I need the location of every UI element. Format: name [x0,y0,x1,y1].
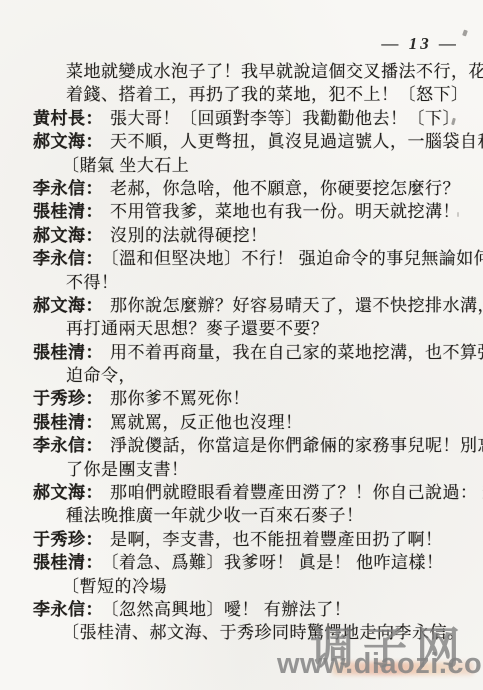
speaker-name: 李永信： [33,600,103,619]
dialogue-text: 再打通兩天思想？麥子還要不要？ [66,319,329,338]
script-line: 李永信：淨說儍話，你當這是你們爺倆的家務事兒呢！別忘 [0,434,483,457]
script-line: 張桂清：用不着再商量，我在自己家的菜地挖溝，也不算强 [0,341,483,364]
speaker-name: 張桂清： [33,343,103,362]
script-line: 郝文海：那咱們就瞪眼看着豐產田澇了？！你自己說過： 新耕 [0,481,483,504]
speaker-name: 于秀珍： [33,389,103,408]
dialogue-text: 着錢、搭着工，再扔了我的菜地，犯不上！〔怒下〕 [66,85,469,104]
dialogue-text: 不得！ [66,273,119,292]
dialogue-text: 〔溫和但堅决地〕不行！ 强迫命令的事兒無論如何辦 [110,249,483,268]
script-line: 郝文海：天不順，人更彆扭，眞沒見過這號人，一腦袋自私！ [0,130,483,153]
script-line: 了你是團支書！ [0,458,483,481]
speaker-name: 郝文海： [33,226,103,245]
script-line: 郝文海：那你說怎麼辦？好容易晴天了，還不快挖排水溝， [0,294,483,317]
stage-direction: 〔暫短的冷場 [0,575,483,598]
scanned-page: — 13 — 菜地就變成水泡子了！我早就說這個交叉播法不行，花 着錢、搭着工，再… [0,0,483,690]
speaker-name: 李永信： [33,436,103,455]
script-text-block: 菜地就變成水泡子了！我早就說這個交叉播法不行，花 着錢、搭着工，再扔了我的菜地，… [0,60,483,645]
script-line: 菜地就變成水泡子了！我早就說這個交叉播法不行，花 [0,60,483,83]
dialogue-text: 那咱們就瞪眼看着豐產田澇了？！你自己說過： 新耕 [110,483,483,502]
script-line: 李永信：〔溫和但堅决地〕不行！ 强迫命令的事兒無論如何辦 [0,247,483,270]
speaker-name: 張桂清： [33,553,103,572]
stage-text: 〔暫短的冷場 [62,577,167,596]
dialogue-text: 菜地就變成水泡子了！我早就說這個交叉播法不行，花 [66,62,483,81]
dialogue-text: 那你爹不罵死你！ [110,389,250,408]
script-line: 着錢、搭着工，再扔了我的菜地，犯不上！〔怒下〕 [0,83,483,106]
script-line: 種法晚推廣一年就少收一百來石麥子！ [0,504,483,527]
speaker-name: 于秀珍： [33,530,103,549]
dialogue-text: 沒別的法就得硬挖！ [110,226,268,245]
dialogue-text: 不用管我爹，菜地也有我一份。明天就挖溝！ [110,202,460,221]
script-line: 于秀珍：是啊，李支書，也不能扭着豐產田扔了啊！ [0,528,483,551]
speaker-name: 張桂清： [33,202,103,221]
page-number: — 13 — [382,34,460,54]
dialogue-text: 淨說儍話，你當這是你們爺倆的家務事兒呢！別忘 [110,436,483,455]
script-line: 李永信：老郝，你急啥，他不願意，你硬要挖怎麼行？ [0,177,483,200]
script-line: 張桂清：〔着急、爲難〕我爹呀！ 眞是！ 他咋這樣！ [0,551,483,574]
script-line: 再打通兩天思想？麥子還要不要？ [0,317,483,340]
dialogue-text: 〔着急、爲難〕我爹呀！ 眞是！ 他咋這樣！ [110,553,444,572]
dialogue-text: 種法晚推廣一年就少收一百來石麥子！ [66,506,364,525]
script-line: 于秀珍：那你爹不罵死你！ [0,387,483,410]
speaker-name: 李永信： [33,249,103,268]
dialogue-text: 天不順，人更彆扭，眞沒見過這號人，一腦袋自私！ [110,132,483,151]
script-line: 迫命令， [0,364,483,387]
script-line: 張桂清：罵就罵，反正他也沒理！ [0,411,483,434]
dialogue-text: 罵就罵，反正他也沒理！ [110,413,303,432]
scan-speck [457,212,459,217]
speaker-name: 黄村長： [33,109,103,128]
scan-speck [462,29,468,36]
speaker-name: 李永信： [33,179,103,198]
dialogue-text: 張大哥！〔回頭對李等〕我勸勸他去！〔下〕 [110,109,460,128]
script-line: 郝文海：沒別的法就得硬挖！ [0,224,483,247]
speaker-name: 張桂清： [33,413,103,432]
dialogue-text: 迫命令， [66,366,136,385]
watermark-site-url: www.diaozi.com [277,648,483,681]
dialogue-text: 是啊，李支書，也不能扭着豐產田扔了啊！ [110,530,443,549]
stage-direction: 〔賭氣 坐大石上 [0,154,483,177]
dialogue-text: 老郝，你急啥，他不願意，你硬要挖怎麼行？ [110,179,460,198]
stage-text: 〔賭氣 坐大石上 [62,156,189,175]
dialogue-text: 用不着再商量，我在自己家的菜地挖溝，也不算强 [110,343,483,362]
script-line: 不得！ [0,271,483,294]
dialogue-text: 那你說怎麼辦？好容易晴天了，還不快挖排水溝， [110,296,483,315]
script-line: 黄村長：張大哥！〔回頭對李等〕我勸勸他去！〔下〕 [0,107,483,130]
speaker-name: 郝文海： [33,483,103,502]
dialogue-text: 了你是團支書！ [66,460,189,479]
script-line: 張桂清：不用管我爹，菜地也有我一份。明天就挖溝！ [0,200,483,223]
speaker-name: 郝文海： [33,296,103,315]
speaker-name: 郝文海： [33,132,103,151]
